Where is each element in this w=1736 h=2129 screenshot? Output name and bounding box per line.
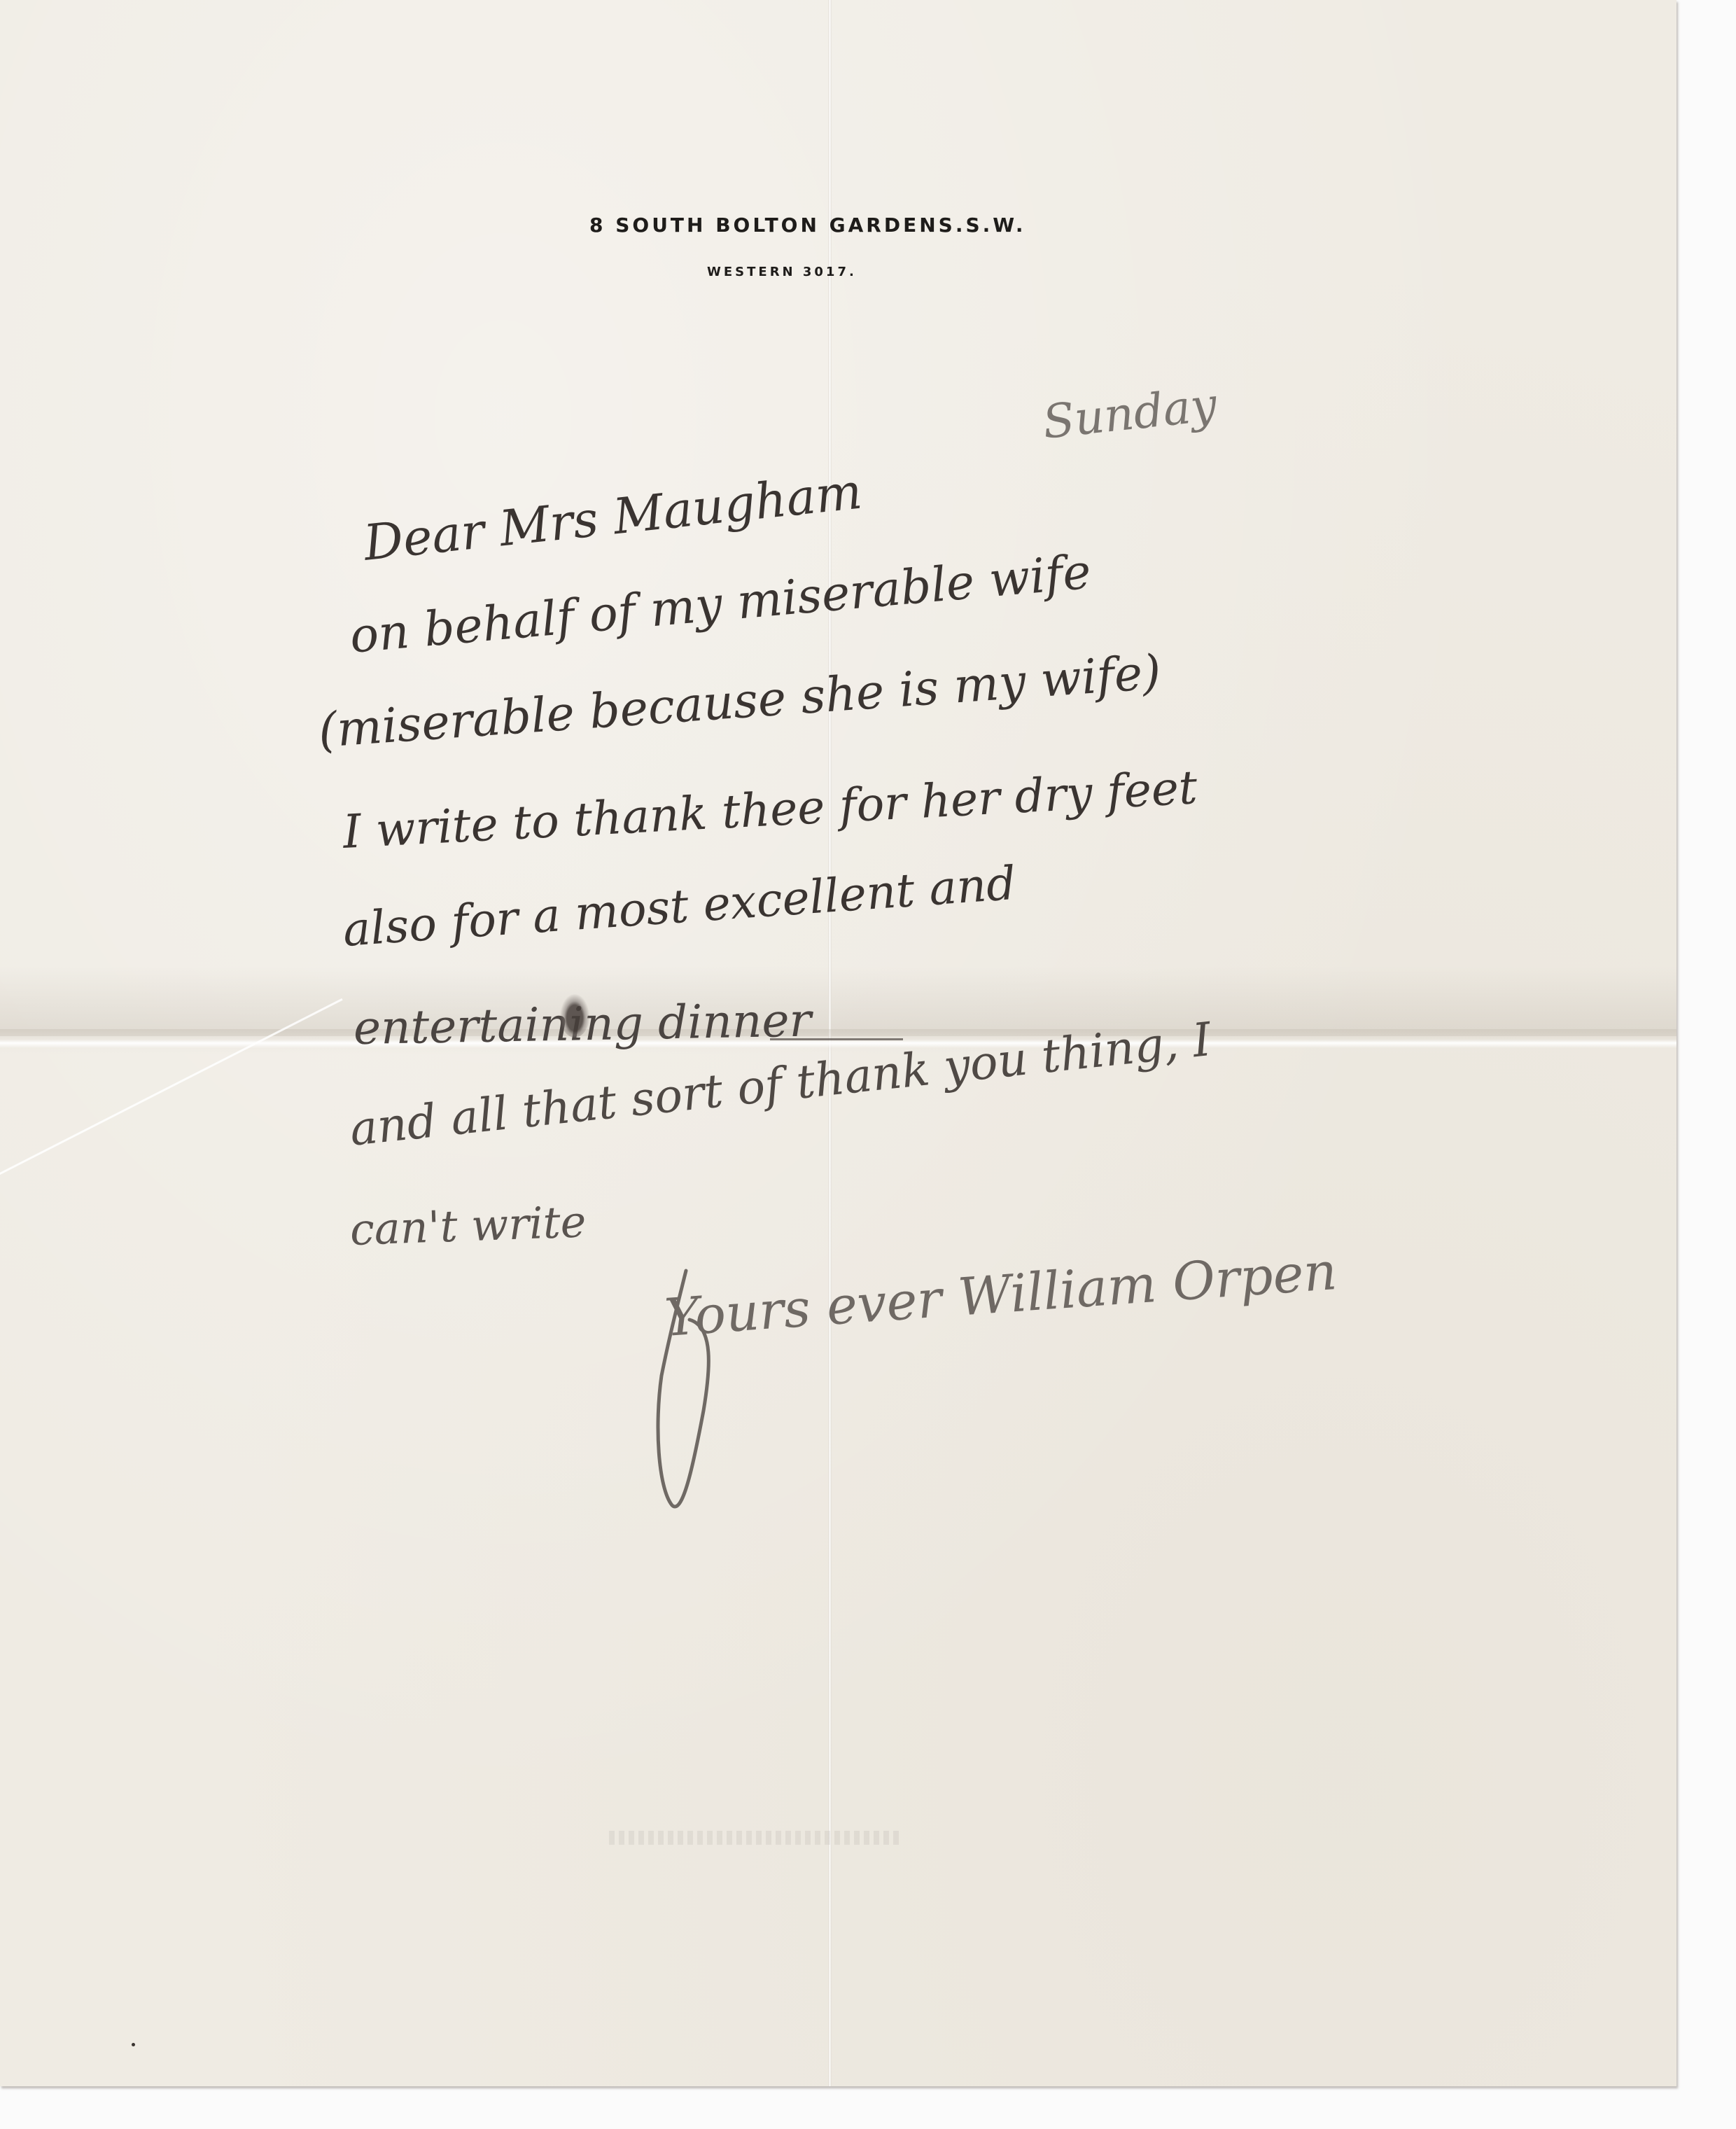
- show-through-offset: [609, 1831, 903, 1845]
- scanned-page: 8 SOUTH BOLTON GARDENS.S.W. WESTERN 3017…: [0, 0, 1736, 2129]
- signature: Yours ever William Orpen: [663, 1241, 1339, 1348]
- body-line: can't write: [349, 1196, 587, 1255]
- letterhead-telephone: WESTERN 3017.: [707, 265, 931, 279]
- ink-blot: [560, 994, 589, 1038]
- body-line: also for a most excellent and: [341, 856, 1017, 957]
- body-line: (miserable because she is my wife): [316, 645, 1163, 759]
- body-line: I write to thank thee for her dry feet: [342, 760, 1198, 859]
- body-line: on behalf of my miserable wife: [348, 545, 1093, 664]
- letter-date: Sunday: [1040, 377, 1219, 449]
- letterhead-address: 8 SOUTH BOLTON GARDENS.S.W.: [589, 214, 1072, 237]
- trailing-pen-stroke: [770, 1038, 903, 1040]
- salutation: Dear Mrs Maugham: [361, 463, 864, 572]
- fold-shadow: [0, 966, 1676, 1036]
- paper-speck: [132, 2043, 135, 2046]
- letter-paper: 8 SOUTH BOLTON GARDENS.S.W. WESTERN 3017…: [0, 0, 1676, 2086]
